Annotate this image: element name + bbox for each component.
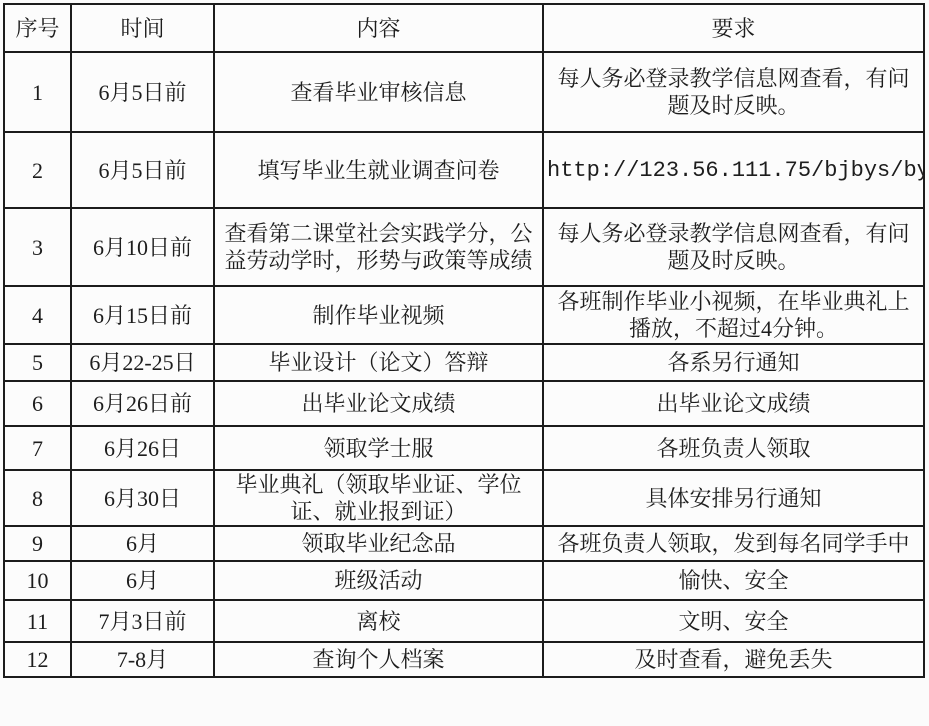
cell-time: 6月: [71, 526, 214, 561]
cell-content: 查看毕业审核信息: [214, 52, 543, 132]
cell-time: 6月5日前: [71, 52, 214, 132]
cell-row-number: 12: [4, 642, 71, 677]
table-header: 序号 时间 内容 要求: [4, 4, 924, 52]
table-row: 86月30日毕业典礼（领取毕业证、学位证、就业报到证）具体安排另行通知: [4, 470, 924, 526]
table-row: 36月10日前查看第二课堂社会实践学分，公益劳动学时，形势与政策等成绩每人务必登…: [4, 208, 924, 286]
cell-row-number: 9: [4, 526, 71, 561]
table-row: 46月15日前制作毕业视频各班制作毕业小视频，在毕业典礼上播放，不超过4分钟。: [4, 286, 924, 344]
header-time: 时间: [71, 4, 214, 52]
cell-row-number: 7: [4, 426, 71, 470]
table-row: 96月领取毕业纪念品各班负责人领取，发到每名同学手中: [4, 526, 924, 561]
cell-row-number: 3: [4, 208, 71, 286]
cell-content: 毕业典礼（领取毕业证、学位证、就业报到证）: [214, 470, 543, 526]
cell-row-number: 4: [4, 286, 71, 344]
cell-row-number: 8: [4, 470, 71, 526]
cell-row-number: 5: [4, 344, 71, 381]
cell-row-number: 2: [4, 132, 71, 208]
cell-content: 离校: [214, 600, 543, 642]
cell-requirement: 各班制作毕业小视频，在毕业典礼上播放，不超过4分钟。: [543, 286, 924, 344]
cell-time: 6月30日: [71, 470, 214, 526]
cell-requirement: http://123.56.111.75/bjbys/bys2015/: [543, 132, 924, 208]
table-row: 117月3日前离校文明、安全: [4, 600, 924, 642]
cell-time: 7-8月: [71, 642, 214, 677]
cell-time: 6月22-25日: [71, 344, 214, 381]
cell-requirement: 出毕业论文成绩: [543, 381, 924, 426]
graduation-schedule-table: 序号 时间 内容 要求 16月5日前查看毕业审核信息每人务必登录教学信息网查看，…: [3, 3, 925, 678]
table-row: 66月26日前出毕业论文成绩出毕业论文成绩: [4, 381, 924, 426]
cell-content: 领取毕业纪念品: [214, 526, 543, 561]
cell-row-number: 6: [4, 381, 71, 426]
cell-requirement: 各系另行通知: [543, 344, 924, 381]
cell-content: 制作毕业视频: [214, 286, 543, 344]
cell-row-number: 10: [4, 561, 71, 600]
cell-content: 出毕业论文成绩: [214, 381, 543, 426]
cell-time: 7月3日前: [71, 600, 214, 642]
table-row: 56月22-25日毕业设计（论文）答辩各系另行通知: [4, 344, 924, 381]
table-row: 106月班级活动愉快、安全: [4, 561, 924, 600]
cell-requirement: 愉快、安全: [543, 561, 924, 600]
cell-row-number: 11: [4, 600, 71, 642]
header-row: 序号 时间 内容 要求: [4, 4, 924, 52]
cell-requirement: 具体安排另行通知: [543, 470, 924, 526]
cell-content: 查看第二课堂社会实践学分，公益劳动学时，形势与政策等成绩: [214, 208, 543, 286]
cell-requirement: 文明、安全: [543, 600, 924, 642]
header-number: 序号: [4, 4, 71, 52]
page: 序号 时间 内容 要求 16月5日前查看毕业审核信息每人务必登录教学信息网查看，…: [0, 0, 929, 726]
cell-requirement: 及时查看，避免丢失: [543, 642, 924, 677]
cell-requirement: 各班负责人领取: [543, 426, 924, 470]
cell-time: 6月10日前: [71, 208, 214, 286]
cell-time: 6月5日前: [71, 132, 214, 208]
cell-row-number: 1: [4, 52, 71, 132]
table-row: 127-8月查询个人档案及时查看，避免丢失: [4, 642, 924, 677]
table-row: 76月26日领取学士服各班负责人领取: [4, 426, 924, 470]
header-requirement: 要求: [543, 4, 924, 52]
cell-content: 毕业设计（论文）答辩: [214, 344, 543, 381]
cell-requirement: 每人务必登录教学信息网查看，有问题及时反映。: [543, 52, 924, 132]
table-row: 16月5日前查看毕业审核信息每人务必登录教学信息网查看，有问题及时反映。: [4, 52, 924, 132]
cell-time: 6月26日: [71, 426, 214, 470]
cell-requirement: 各班负责人领取，发到每名同学手中: [543, 526, 924, 561]
cell-content: 查询个人档案: [214, 642, 543, 677]
cell-time: 6月15日前: [71, 286, 214, 344]
cell-time: 6月: [71, 561, 214, 600]
cell-content: 领取学士服: [214, 426, 543, 470]
table-row: 26月5日前填写毕业生就业调查问卷http://123.56.111.75/bj…: [4, 132, 924, 208]
header-content: 内容: [214, 4, 543, 52]
cell-requirement: 每人务必登录教学信息网查看，有问题及时反映。: [543, 208, 924, 286]
cell-content: 填写毕业生就业调查问卷: [214, 132, 543, 208]
cell-content: 班级活动: [214, 561, 543, 600]
table-body: 16月5日前查看毕业审核信息每人务必登录教学信息网查看，有问题及时反映。26月5…: [4, 52, 924, 677]
cell-time: 6月26日前: [71, 381, 214, 426]
